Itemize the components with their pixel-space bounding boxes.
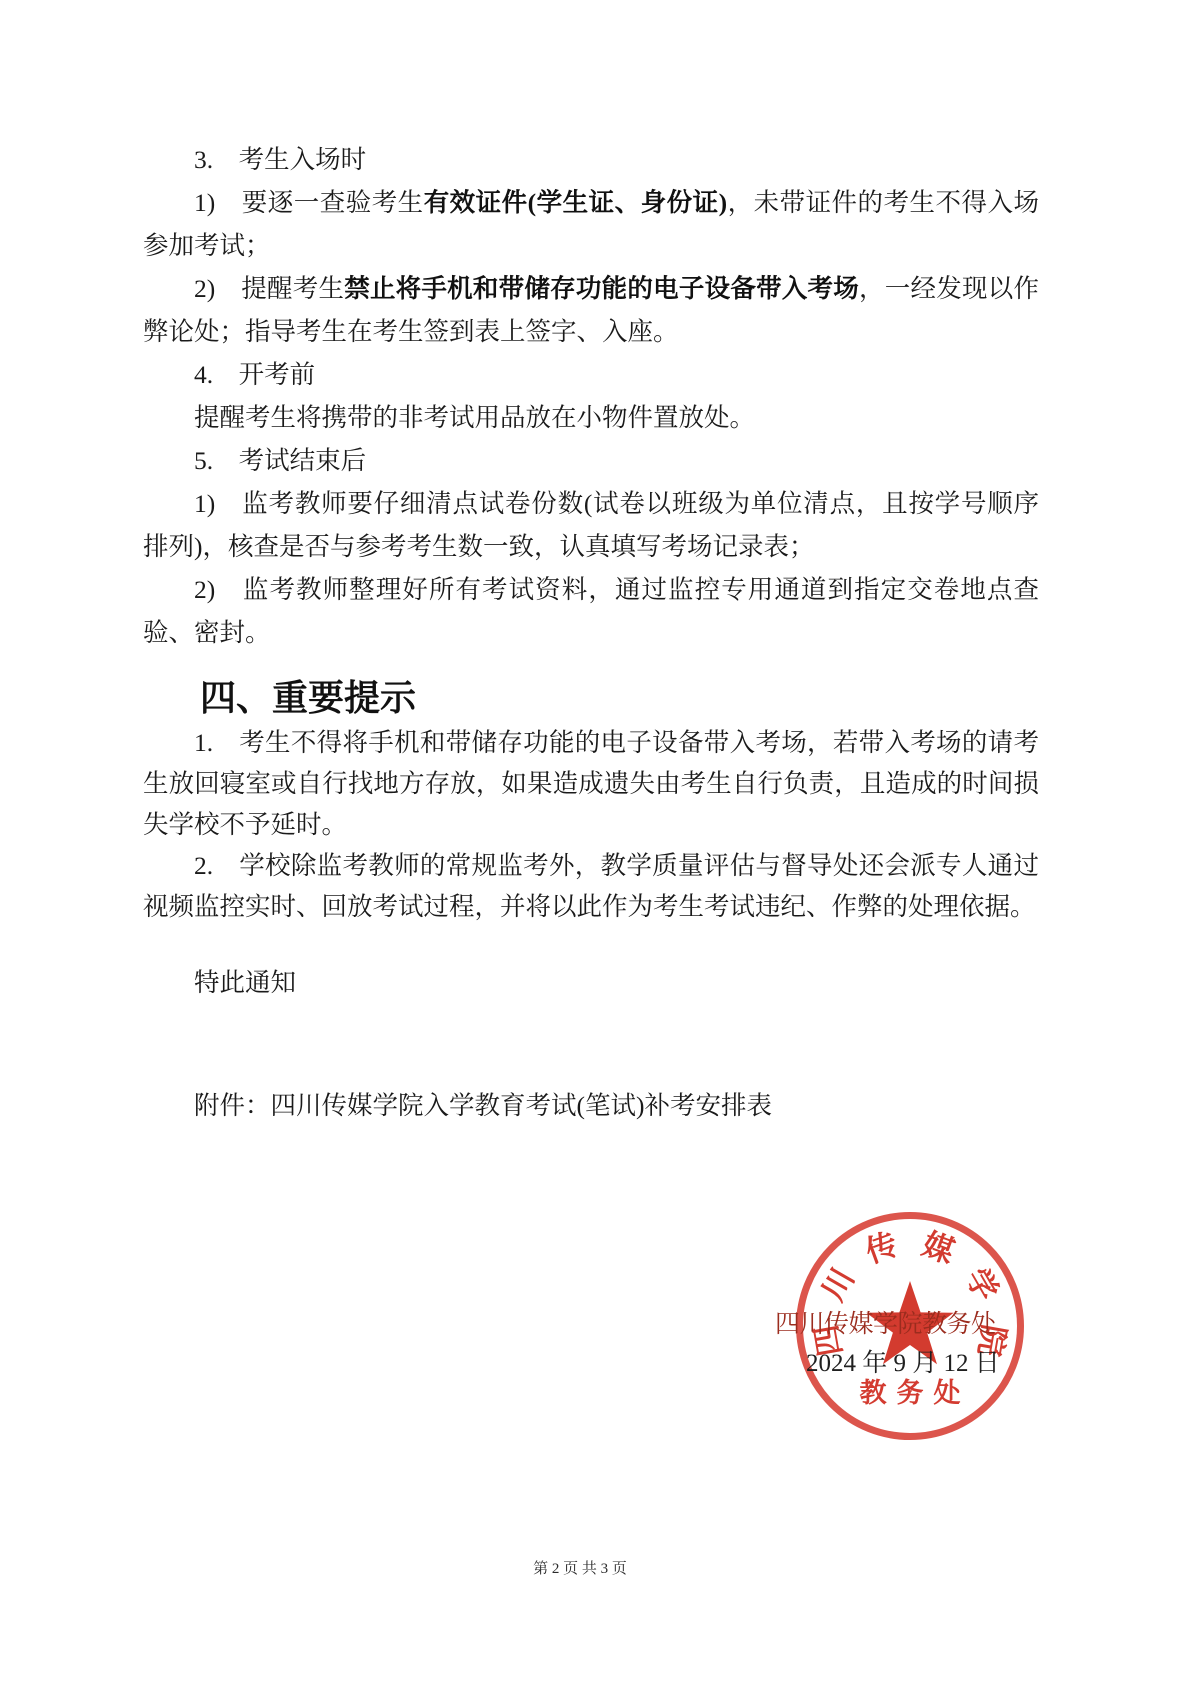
- para-item5-heading: 5. 考试结束后: [143, 439, 1039, 482]
- closing-notice: 特此通知: [143, 961, 1039, 1004]
- section-exam-procedures: 3. 考生入场时 1) 要逐一查验考生有效证件(学生证、身份证)，未带证件的考生…: [143, 138, 1039, 654]
- para-before-exam: 提醒考生将携带的非考试用品放在小物件置放处。: [143, 396, 1039, 439]
- para-phone-warning-bold: 禁止将手机和带储存功能的电子设备带入考场: [344, 274, 859, 303]
- para-note1: 1. 考生不得将手机和带储存功能的电子设备带入考场，若带入考场的请考生放回寝室或…: [143, 722, 1039, 845]
- signature-date: 2024 年 9 月 12 日: [806, 1350, 1000, 1378]
- attachment-reference: 附件：四川传媒学院入学教育考试(笔试)补考安排表: [143, 1084, 1039, 1127]
- section-important-notes: 1. 考生不得将手机和带储存功能的电子设备带入考场，若带入考场的请考生放回寝室或…: [143, 722, 1039, 927]
- para-collect-materials: 2) 监考教师整理好所有考试资料，通过监控专用通道到指定交卷地点查验、密封。: [143, 568, 1039, 654]
- page-number: 第 2 页 共 3 页: [0, 1557, 1160, 1578]
- para-phone-warning: 2) 提醒考生禁止将手机和带储存功能的电子设备带入考场，一经发现以作弊论处；指导…: [143, 267, 1039, 353]
- para-entry-check-pre: 1) 要逐一查验考生: [194, 188, 424, 217]
- para-item4-heading: 4. 开考前: [143, 353, 1039, 396]
- document-page: 3. 考生入场时 1) 要逐一查验考生有效证件(学生证、身份证)，未带证件的考生…: [0, 0, 1191, 1684]
- para-phone-warning-pre: 2) 提醒考生: [194, 274, 344, 303]
- para-count-papers: 1) 监考教师要仔细清点试卷份数(试卷以班级为单位清点，且按学号顺序排列)，核查…: [143, 482, 1039, 568]
- para-entry-check: 1) 要逐一查验考生有效证件(学生证、身份证)，未带证件的考生不得入场参加考试；: [143, 181, 1039, 267]
- signature-organization: 四川传媒学院教务处: [775, 1311, 996, 1339]
- para-note2: 2. 学校除监考教师的常规监考外，教学质量评估与督导处还会派专人通过视频监控实时…: [143, 845, 1039, 927]
- para-item3-heading: 3. 考生入场时: [143, 138, 1039, 181]
- section4-heading: 四、重要提示: [143, 676, 1039, 720]
- para-entry-check-bold: 有效证件(学生证、身份证): [424, 188, 727, 217]
